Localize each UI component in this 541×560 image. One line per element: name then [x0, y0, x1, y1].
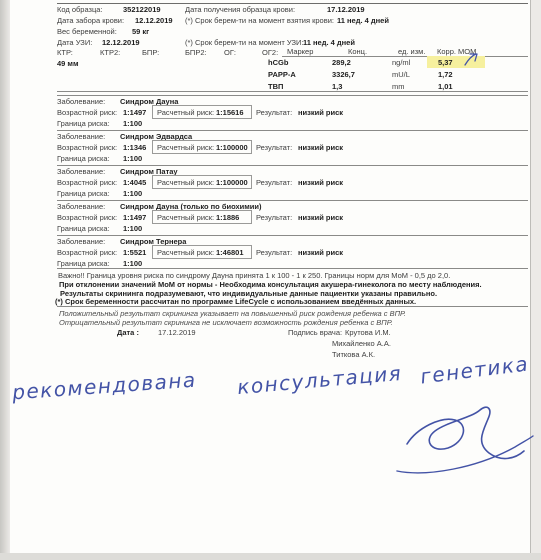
section-rule	[57, 200, 528, 201]
result-label: Результат:	[256, 108, 292, 117]
calc-risk-label: Расчетный риск:	[157, 108, 214, 117]
age-risk-label: Возрастной риск:	[57, 178, 117, 187]
ktr-label: КТР:	[57, 48, 73, 57]
date-label: Дата :	[117, 328, 139, 337]
scan-left-edge	[0, 0, 10, 560]
result-label: Результат:	[256, 213, 292, 222]
calc-risk-value: 1:1886	[216, 213, 239, 222]
calc-risk-box: Расчетный риск: 1:15616	[152, 105, 252, 119]
calc-risk-box: Расчетный риск: 1:100000	[152, 140, 252, 154]
top-rule	[57, 3, 528, 4]
section-rule	[57, 95, 528, 96]
sample-received-value: 17.12.2019	[327, 5, 365, 14]
doctor-name: Титкова А.К.	[332, 350, 375, 359]
blood-draw-date-label: Дата забора крови:	[57, 16, 124, 25]
gest-age-ultrasound-value: 11 нед. 4 дней	[303, 38, 355, 47]
result-label: Результат:	[256, 178, 292, 187]
weight-value: 59 кг	[132, 27, 149, 36]
section-rule	[57, 165, 528, 166]
marker-mom: 1,72	[438, 70, 453, 79]
doctor-signature-label: Подпись врача:	[288, 328, 342, 337]
marker-unit: mm	[392, 82, 405, 91]
section-rule	[57, 130, 528, 131]
risk-limit-value: 1:100	[123, 224, 142, 233]
risk-limit-label: Граница риска:	[57, 224, 110, 233]
ktr2-label: КТР2:	[100, 48, 120, 57]
ultrasound-date-label: Дата УЗИ:	[57, 38, 92, 47]
weight-label: Вес беременной:	[57, 27, 117, 36]
og-label: ОГ:	[224, 48, 236, 57]
age-risk-label: Возрастной риск:	[57, 213, 117, 222]
age-risk-value: 1:1497	[123, 108, 146, 117]
calc-risk-label: Расчетный риск:	[157, 248, 214, 257]
result-value: низкий риск	[298, 213, 343, 222]
note-positive-result: Положительный результат скрининга указыв…	[59, 309, 406, 318]
age-risk-value: 1:1346	[123, 143, 146, 152]
result-value: низкий риск	[298, 108, 343, 117]
age-risk-value: 1:5521	[123, 248, 146, 257]
result-value: низкий риск	[298, 178, 343, 187]
sample-code-label: Код образца:	[57, 5, 103, 14]
calc-risk-box: Расчетный риск: 1:1886	[152, 210, 252, 224]
section-rule	[57, 235, 528, 236]
scan-bottom-edge	[0, 553, 541, 560]
result-value: низкий риск	[298, 248, 343, 257]
disease-label: Заболевание:	[57, 132, 105, 141]
marker-table-bottom-rule	[57, 91, 528, 92]
calc-risk-label: Расчетный риск:	[157, 213, 214, 222]
disease-label: Заболевание:	[57, 237, 105, 246]
doctor-name: Крутова И.М.	[345, 328, 391, 337]
calc-risk-box: Расчетный риск: 1:46801	[152, 245, 252, 259]
age-risk-value: 1:1497	[123, 213, 146, 222]
ktr-value: 49 мм	[57, 59, 79, 68]
marker-header-rule	[282, 56, 528, 57]
risk-limit-value: 1:100	[123, 189, 142, 198]
risk-limit-value: 1:100	[123, 119, 142, 128]
risk-limit-value: 1:100	[123, 154, 142, 163]
result-label: Результат:	[256, 248, 292, 257]
marker-name: ТВП	[268, 82, 283, 91]
marker-name: PAPP-A	[268, 70, 296, 79]
age-risk-label: Возрастной риск:	[57, 143, 117, 152]
calc-risk-value: 1:100000	[216, 178, 248, 187]
age-risk-label: Возрастной риск:	[57, 248, 117, 257]
calc-risk-value: 1:15616	[216, 108, 244, 117]
marker-conc: 289,2	[332, 58, 351, 67]
age-risk-label: Возрастной риск:	[57, 108, 117, 117]
marker-name: hCGb	[268, 58, 288, 67]
result-label: Результат:	[256, 143, 292, 152]
note-lifecycle: (*) Срок беременности рассчитан по прогр…	[55, 297, 416, 306]
risk-limit-value: 1:100	[123, 259, 142, 268]
marker-col-header: Маркер	[287, 47, 313, 56]
marker-conc: 3326,7	[332, 70, 355, 79]
bpr-label: БПР:	[142, 48, 159, 57]
risk-limit-label: Граница риска:	[57, 154, 110, 163]
disease-label: Заболевание:	[57, 167, 105, 176]
og2-label: ОГ2:	[262, 48, 278, 57]
scanned-report-page: Код образца: 352122019 Дата забора крови…	[0, 0, 541, 560]
marker-mom: 5,37	[438, 58, 453, 67]
result-value: низкий риск	[298, 143, 343, 152]
risk-limit-label: Граница риска:	[57, 189, 110, 198]
note-negative-result: Отрицательный результат скрининга не иск…	[59, 318, 393, 327]
bpr2-label: БПР2:	[185, 48, 207, 57]
sample-code-value: 352122019	[123, 5, 161, 14]
signature	[385, 398, 535, 483]
section-rule	[57, 268, 528, 269]
calc-risk-box: Расчетный риск: 1:100000	[152, 175, 252, 189]
disease-label: Заболевание:	[57, 202, 105, 211]
notes-rule	[57, 306, 528, 307]
marker-unit: ng/ml	[392, 58, 410, 67]
marker-unit: mU/L	[392, 70, 410, 79]
note-mom-deviation: При отклонении значений МоМ от нормы - Н…	[59, 280, 482, 289]
calc-risk-label: Расчетный риск:	[157, 143, 214, 152]
gest-age-blood-label: (*) Срок берем-ти на момент взятия крови…	[185, 16, 334, 25]
disease-label: Заболевание:	[57, 97, 105, 106]
sample-received-label: Дата получения образца крови:	[185, 5, 295, 14]
calc-risk-label: Расчетный риск:	[157, 178, 214, 187]
risk-limit-label: Граница риска:	[57, 259, 110, 268]
calc-risk-value: 1:46801	[216, 248, 244, 257]
ultrasound-date-value: 12.12.2019	[102, 38, 140, 47]
gest-age-blood-value: 11 нед. 4 дней	[337, 16, 389, 25]
doctor-name: Михайленко А.А.	[332, 339, 391, 348]
calc-risk-value: 1:100000	[216, 143, 248, 152]
unit-col-header: ед. изм.	[398, 47, 425, 56]
date-value: 17.12.2019	[158, 328, 196, 337]
important-note: Важно!! Граница уровня риска по синдрому…	[58, 271, 450, 280]
marker-conc: 1,3	[332, 82, 342, 91]
blood-draw-date-value: 12.12.2019	[135, 16, 173, 25]
handwritten-mom-mark	[462, 52, 482, 68]
gest-age-ultrasound-label: (*) Срок берем-ти на момент УЗИ:	[185, 38, 304, 47]
marker-mom: 1,01	[438, 82, 453, 91]
risk-limit-label: Граница риска:	[57, 119, 110, 128]
conc-col-header: Конц.	[348, 47, 367, 56]
age-risk-value: 1:4045	[123, 178, 146, 187]
